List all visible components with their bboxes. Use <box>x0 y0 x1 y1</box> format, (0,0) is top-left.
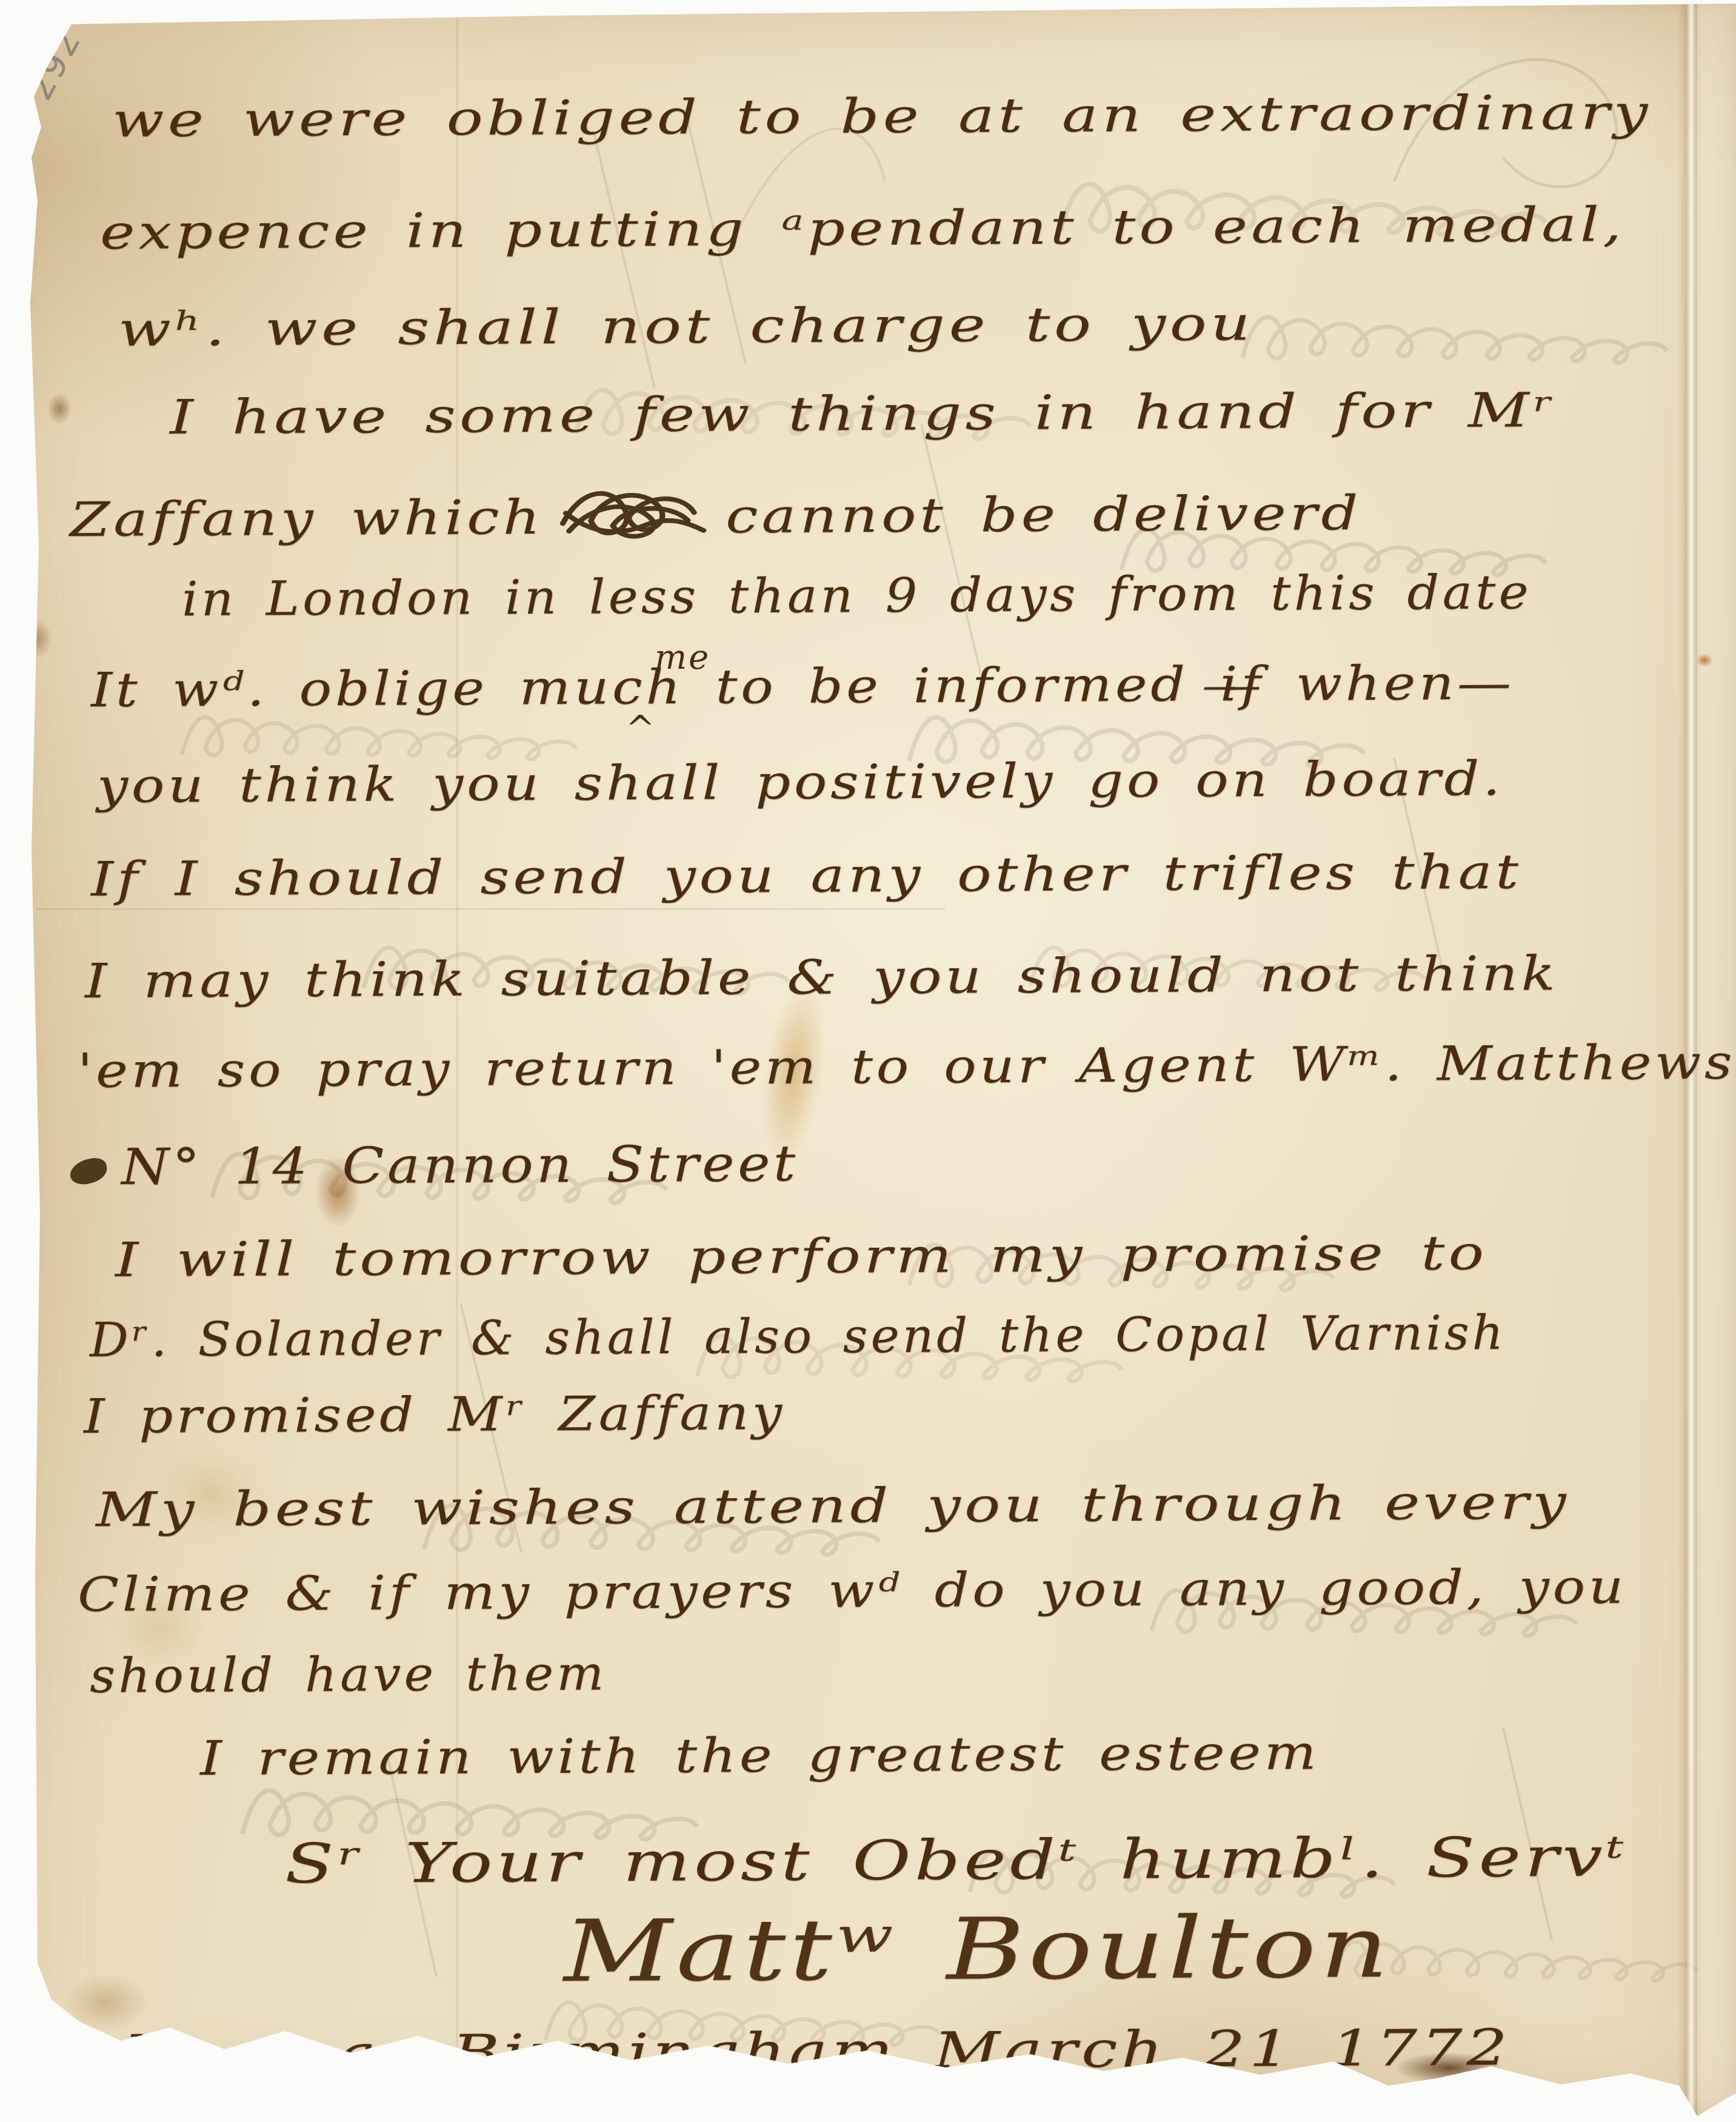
letter-line-part: Zaffany which <box>70 490 544 547</box>
letter-line: you think you shall positively go on boa… <box>97 755 1504 810</box>
letter-line: in London in less than 9 days from this … <box>182 569 1532 623</box>
archival-number-pencil: 292 <box>19 22 90 107</box>
letter-line-part: cannot be deliverd <box>726 486 1362 544</box>
ink-blot <box>68 1156 110 1187</box>
letter-line: Dʳ. Solander & shall also send the Copal… <box>90 1310 1506 1364</box>
horizontal-fold-crease <box>36 908 946 910</box>
letter-line: 'em so pray return 'em to our Agent Wᵐ. … <box>78 1039 1736 1095</box>
letter-line: Zaffany which cannot be deliverd <box>70 478 1362 552</box>
stain <box>47 393 72 424</box>
signature: Mattʷ Boulton <box>564 1906 1392 1995</box>
letter-line: we were obliged to be at an extraordinar… <box>112 89 1652 144</box>
letter-line: Clime & if my prayers wᵈ do you any good… <box>78 1564 1627 1619</box>
paper-sheet: 292 we were obliged to be at an extraord… <box>0 0 1736 2122</box>
letter-line: should have them <box>90 1650 607 1700</box>
letter-line: My best wishes attend you through every <box>96 1479 1570 1534</box>
letter-line: wʰ. we shall not charge to you <box>118 300 1254 353</box>
closing-line: Sʳ Your most Obedᵗ humbˡ. Servᵗ <box>285 1830 1628 1892</box>
letter-line: If I should send you any other trifles t… <box>91 849 1522 903</box>
letter-line: It wᵈ. oblige much to be informed i̶f̶ w… <box>91 660 1515 714</box>
letter-line: I will tomorrow perform my promise to <box>115 1230 1487 1284</box>
letter-line: I may think suitable & you should not th… <box>85 950 1559 1005</box>
stain <box>24 618 52 658</box>
letter-line: expence in putting ᵃpendant to each meda… <box>100 201 1625 256</box>
dateline: Soho near Birmingham March 21 1772 <box>33 2023 1512 2081</box>
caret-mark: ^ <box>626 708 655 749</box>
letter-line: I promised Mʳ Zaffany <box>84 1390 786 1441</box>
letter-line: I remain with the greatest esteem <box>200 1729 1320 1782</box>
letter-line: N° 14 Cannon Street <box>121 1139 799 1193</box>
interlinear-insertion: me <box>655 638 710 677</box>
letter-scan-page: 292 we were obliged to be at an extraord… <box>0 0 1736 2122</box>
ink-scribble-strikeout <box>549 481 719 549</box>
letter-line: I have some few things in hand for Mʳ <box>170 387 1558 441</box>
stain <box>64 1973 149 2031</box>
